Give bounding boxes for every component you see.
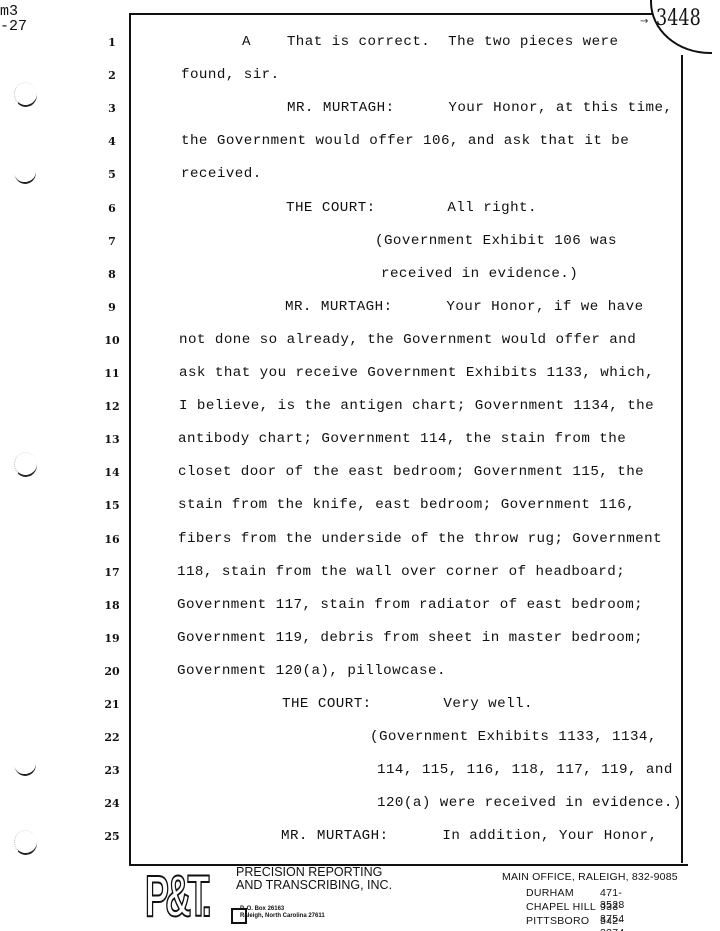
line-number: 17 xyxy=(100,566,124,579)
transcript-line: Government 117, stain from radiator of e… xyxy=(177,597,643,613)
line-number: 23 xyxy=(100,764,124,777)
office-row: DURHAM 471-3528 xyxy=(526,887,574,899)
line-number: 10 xyxy=(100,334,124,347)
firm-po-box: P. O. Box 26163 xyxy=(240,906,325,913)
office-name: PITTSBORO xyxy=(526,915,589,927)
line-number: 24 xyxy=(100,797,124,810)
office-name: DURHAM xyxy=(526,887,574,899)
office-row: CHAPEL HILL 933-3754 xyxy=(526,901,596,913)
transcript-line: received in evidence.) xyxy=(381,266,578,282)
office-name: CHAPEL HILL xyxy=(526,901,596,913)
transcript-line: antibody chart; Government 114, the stai… xyxy=(178,431,626,447)
transcript-line: ask that you receive Government Exhibits… xyxy=(179,365,654,381)
line-number: 13 xyxy=(100,433,124,446)
transcript-line: (Government Exhibits 1133, 1134, xyxy=(370,729,657,745)
line-number: 14 xyxy=(100,466,124,479)
line-number: 25 xyxy=(100,830,124,843)
transcript-line: THE COURT: Very well. xyxy=(282,696,533,712)
line-number: 16 xyxy=(100,533,124,546)
transcript-line: 120(a) were received in evidence.) xyxy=(377,795,682,811)
transcript-line: A That is correct. The two pieces were xyxy=(242,34,618,50)
line-number: 11 xyxy=(100,367,124,380)
punch-hole-mark xyxy=(12,828,39,857)
firm-name-line-2: AND TRANSCRIBING, INC. xyxy=(236,879,392,892)
line-number: 9 xyxy=(100,301,124,314)
punch-hole-mark xyxy=(12,750,38,777)
line-number: 20 xyxy=(100,665,124,678)
transcript-line: MR. MURTAGH: In addition, Your Honor, xyxy=(281,828,657,844)
transcript-line: received. xyxy=(181,166,262,182)
line-number: 15 xyxy=(100,499,124,512)
transcript-line: MR. MURTAGH: Your Honor, if we have xyxy=(285,299,644,315)
line-number: 2 xyxy=(100,69,124,82)
line-number: 21 xyxy=(100,698,124,711)
logo-text: P&T. xyxy=(145,868,208,926)
page-number-stamp: 3448 xyxy=(656,6,701,31)
line-number: 1 xyxy=(100,36,124,49)
reporter-logo: P&T. xyxy=(145,868,231,926)
office-phone: 542-3374 xyxy=(600,915,625,931)
main-office: MAIN OFFICE, RALEIGH, 832-9085 xyxy=(502,871,678,883)
line-number: 12 xyxy=(100,400,124,413)
transcript-line: I believe, is the antigen chart; Governm… xyxy=(179,398,654,414)
transcript-line: 114, 115, 116, 118, 117, 119, and xyxy=(377,762,673,778)
transcript-line: stain from the knife, east bedroom; Gove… xyxy=(178,497,635,513)
line-number: 8 xyxy=(100,268,124,281)
transcript-frame-right-edge xyxy=(681,55,683,863)
corner-note: m3 -27 xyxy=(0,4,27,34)
transcript-line: found, sir. xyxy=(181,67,280,83)
firm-address: P. O. Box 26163 Raleigh, North Carolina … xyxy=(240,906,325,920)
transcript-line: Government 119, debris from sheet in mas… xyxy=(177,630,643,646)
punch-hole-mark xyxy=(12,450,39,479)
transcript-line: MR. MURTAGH: Your Honor, at this time, xyxy=(287,100,672,116)
line-number: 3 xyxy=(100,102,124,115)
punch-hole-mark xyxy=(12,80,39,109)
transcript-line: (Government Exhibit 106 was xyxy=(375,233,617,249)
line-number: 19 xyxy=(100,632,124,645)
transcript-line: the Government would offer 106, and ask … xyxy=(181,133,629,149)
corner-note-line-1: m3 xyxy=(0,4,27,19)
line-number: 7 xyxy=(100,235,124,248)
transcript-line: closet door of the east bedroom; Governm… xyxy=(178,464,644,480)
line-number: 22 xyxy=(100,731,124,744)
transcript-line: Government 120(a), pillowcase. xyxy=(177,663,446,679)
line-number: 18 xyxy=(100,599,124,612)
transcript-line: THE COURT: All right. xyxy=(286,200,537,216)
firm-name: PRECISION REPORTING AND TRANSCRIBING, IN… xyxy=(236,866,392,892)
punch-hole-mark xyxy=(12,158,38,185)
line-number: 4 xyxy=(100,135,124,148)
line-number: 5 xyxy=(100,168,124,181)
line-number: 6 xyxy=(100,202,124,215)
transcript-line: fibers from the underside of the throw r… xyxy=(178,531,662,547)
transcript-line: 118, stain from the wall over corner of … xyxy=(177,564,625,580)
transcript-line: not done so already, the Government woul… xyxy=(179,332,636,348)
corner-note-line-2: -27 xyxy=(0,19,27,34)
firm-city: Raleigh, North Carolina 27611 xyxy=(240,913,325,920)
office-row: PITTSBORO 542-3374 xyxy=(526,915,589,927)
stamp-tick-mark: → xyxy=(640,16,648,27)
